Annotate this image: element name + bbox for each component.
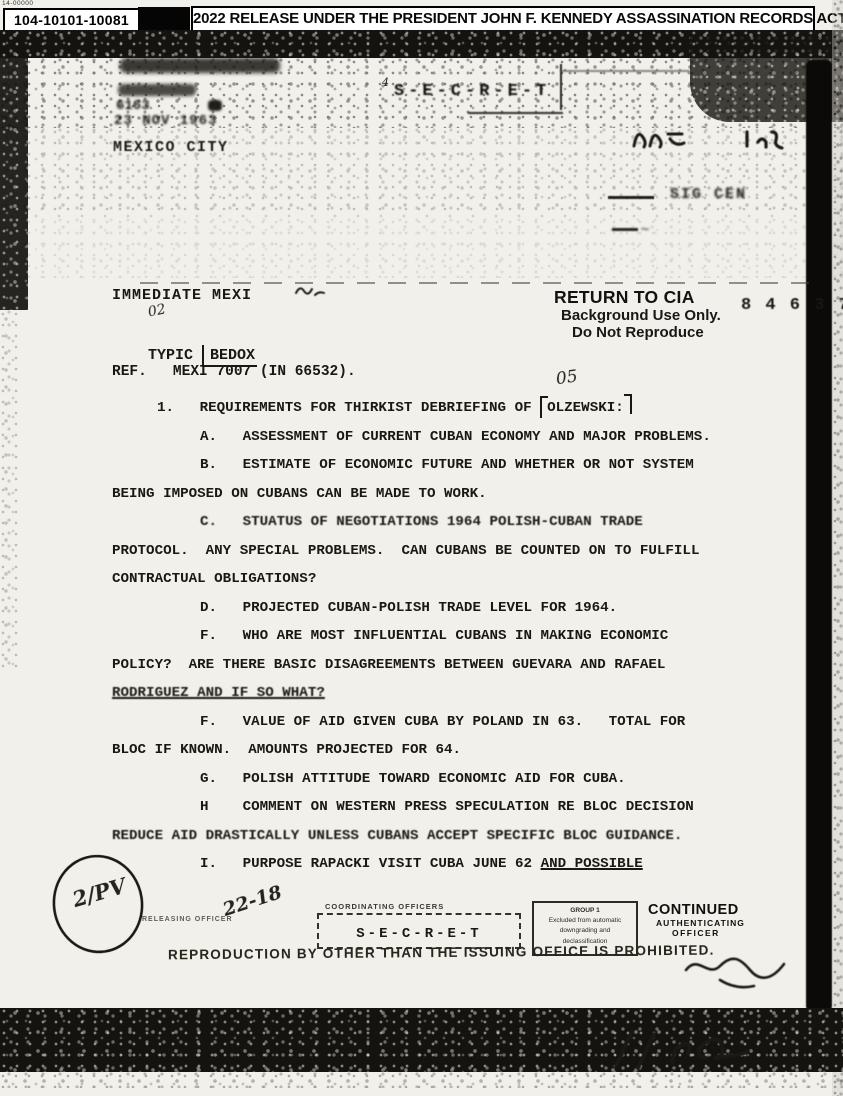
handwritten-mark: 4 [382,76,389,89]
classification-bottom: S-E-C-R-E-T [319,926,519,942]
slug-spacer [193,347,202,364]
body-line: CONTRACTUAL OBLIGATIONS? [112,565,812,594]
body-line: BEING IMPOSED ON CUBANS CAN BE MADE TO W… [112,480,812,509]
body-line: I. PURPOSE RAPACKI VISIT CUBA JUNE 62 AN… [112,850,843,879]
group-stamp-line: GROUP 1 [534,906,636,916]
ink-blot [208,100,222,111]
body-line: C. STUATUS OF NEGOTIATIONS 1964 POLISH-C… [112,508,843,537]
sig-cen-stamp: SIG CEN [670,186,747,203]
body-line: H COMMENT ON WESTERN PRESS SPECULATION R… [112,793,843,822]
continued-label: CONTINUED [648,902,739,918]
reference-line: REF. MEXI 7007 (IN 66532). [112,364,356,380]
cable-station: MEXICO CITY [113,139,229,156]
body-line: REDUCE AID DRASTICALLY UNLESS CUBANS ACC… [112,822,812,851]
coordinating-officers-label: COORDINATING OFFICERS [325,902,444,911]
group-stamp-line: Excluded from automatic [534,916,636,926]
ink-dash [612,228,638,231]
slug-head: TYPIC [148,347,193,364]
body-line: RODRIGUEZ AND IF SO WHAT? [112,679,812,708]
underlined-text: AND POSSIBLE [541,856,643,872]
handwritten-note: 02 [147,301,168,320]
background-use-only-stamp: Background Use Only. [561,307,721,324]
handwritten-number: 22-18 [220,881,285,921]
handwritten-scribble [630,126,690,154]
record-id-box: 104-10101-10081 [3,8,140,32]
bracketed-name: OLZEWSKI: [540,400,632,416]
scan-right-outer-strip [832,0,843,1096]
group-stamp-line: downgrading and [534,926,636,936]
body-line: D. PROJECTED CUBAN-POLISH TRADE LEVEL FO… [112,594,843,623]
body-line: 1. REQUIREMENTS FOR THIRKIST DEBRIEFING … [112,394,843,423]
body-line: B. ESTIMATE OF ECONOMIC FUTURE AND WHETH… [112,451,843,480]
body-line: A. ASSESSMENT OF CURRENT CUBAN ECONOMY A… [112,423,843,452]
smudged-text-line [120,58,280,73]
precedence-line: IMMEDIATE MEXI [112,287,252,304]
agency-file-number: 14-00000 [2,0,82,8]
body-line: G. POLISH ATTITUDE TOWARD ECONOMIC AID F… [112,765,843,794]
handwritten-scribble [742,128,790,152]
body-text: 1. REQUIREMENTS FOR THIRKIST DEBRIEFING … [157,400,540,416]
cable-date: 23 NOV 1963 [114,113,217,129]
ink-dash [608,196,654,199]
do-not-reproduce-stamp: Do Not Reproduce [572,324,704,341]
body-line: F. WHO ARE MOST INFLUENTIAL CUBANS IN MA… [112,622,843,651]
scanned-document-page: 14-00000 104-10101-10081 2022 RELEASE UN… [0,0,843,1096]
redaction-block [138,7,190,30]
authenticating-label: AUTHENTICATING [656,918,745,928]
handwritten-page-note: 05 [555,367,579,390]
scan-streak [560,70,690,72]
releasing-officer-label: RELEASING OFFICER [142,916,233,923]
dashed-divider [140,282,812,284]
smudged-text-line [118,84,196,96]
reproduction-notice: REPRODUCTION BY OTHER THAN THE ISSUING O… [168,943,715,963]
body-line: F. VALUE OF AID GIVEN CUBA BY POLAND IN … [112,708,843,737]
body-text: I. PURPOSE RAPACKI VISIT CUBA JUNE 62 [200,856,541,872]
scan-left-edge [0,30,28,310]
classification-underline [468,112,563,114]
cable-number: 8 4 6 3 7 [741,296,843,315]
handwritten-scribble [598,1018,788,1082]
handwritten-mark [293,281,327,299]
classification-top: S-E-C-R-E-T [394,82,550,101]
body-line: POLICY? ARE THERE BASIC DISAGREEMENTS BE… [112,651,812,680]
scan-left-edge [0,310,22,670]
officer-label: OFFICER [672,928,720,938]
body-line: BLOC IF KNOWN. AMOUNTS PROJECTED FOR 64. [112,736,812,765]
release-banner-title: 2022 RELEASE UNDER THE PRESIDENT JOHN F.… [191,6,815,32]
ink-squiggle: ~ [640,222,650,236]
body-line: PROTOCOL. ANY SPECIAL PROBLEMS. CAN CUBA… [112,537,812,566]
cable-orig-number: 6163 [116,98,150,114]
scan-noise-band [0,218,843,278]
return-to-cia-stamp: RETURN TO CIA [554,287,695,308]
